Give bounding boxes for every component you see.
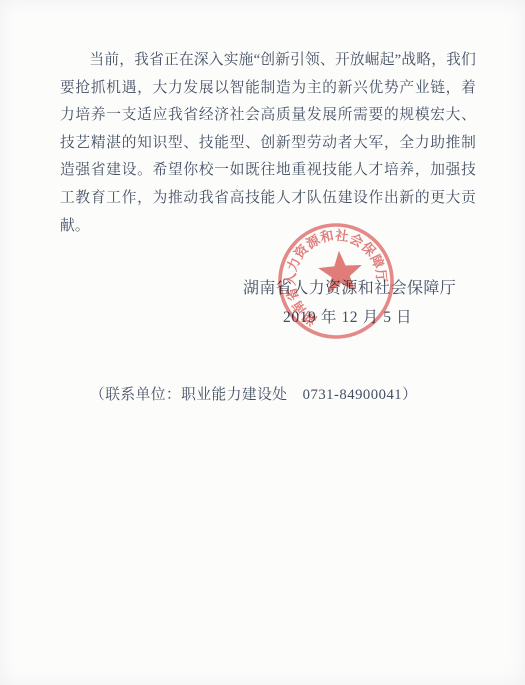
official-seal: 湖南省人力资源和社会保障厅 <box>245 190 426 371</box>
document-page: 当前，我省正在深入实施“创新引领、开放崛起”战略，我们要抢抓机遇，大力发展以智能… <box>0 0 525 685</box>
seal-star-icon <box>317 249 364 294</box>
contact-line: （联系单位：职业能力建设处 0731-84900041） <box>90 383 417 404</box>
